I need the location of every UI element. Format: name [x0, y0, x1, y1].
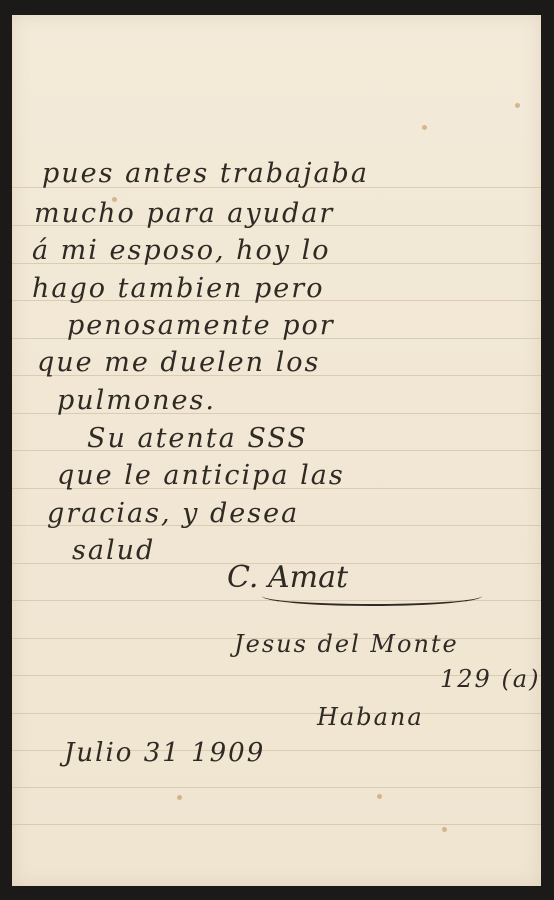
address-city: Habana: [317, 705, 424, 729]
closing-line: que le anticipa las: [57, 462, 345, 489]
closing-line: gracias, y desea: [47, 500, 299, 527]
foxing-spot: [377, 794, 382, 799]
body-line: que me duelen los: [37, 349, 320, 376]
ruled-line: [12, 787, 541, 788]
body-line: pues antes trabajaba: [42, 160, 369, 187]
ruled-line: [12, 713, 541, 714]
body-line: hago tambien pero: [32, 275, 324, 302]
address-number: 129 (a): [440, 667, 540, 691]
closing-line: Su atenta SSS: [87, 425, 308, 452]
letter-date: Julio 31 1909: [64, 740, 265, 766]
letter-page: pues antes trabajaba mucho para ayudar á…: [12, 15, 541, 886]
body-line: mucho para ayudar: [34, 200, 334, 227]
foxing-spot: [442, 827, 447, 832]
address-street: Jesus del Monte: [234, 632, 459, 656]
closing-line: salud: [72, 537, 155, 564]
foxing-spot: [422, 125, 427, 130]
body-line: pulmones.: [57, 387, 216, 414]
ruled-line: [12, 824, 541, 825]
signature-flourish: [262, 586, 482, 606]
body-line: penosamente por: [67, 312, 335, 339]
body-line: á mi esposo, hoy lo: [32, 237, 331, 264]
foxing-spot: [515, 103, 520, 108]
foxing-spot: [177, 795, 182, 800]
